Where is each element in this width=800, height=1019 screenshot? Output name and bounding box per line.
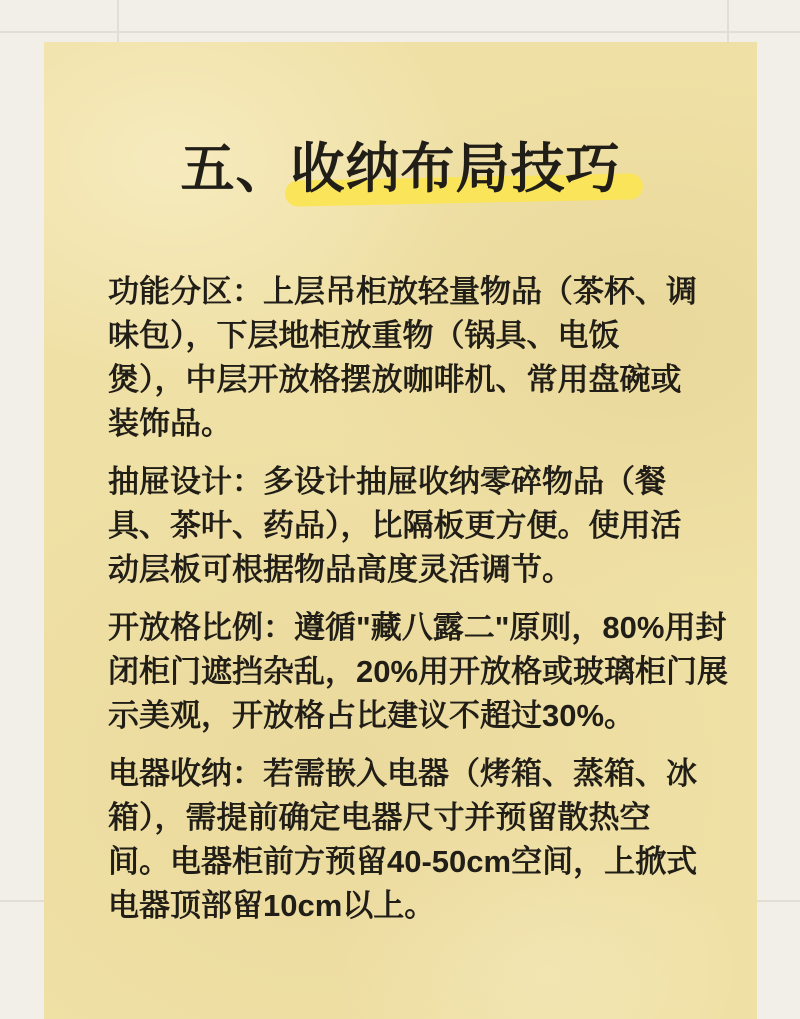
text-line: 电器收纳：若需嵌入电器（烤箱、蒸箱、冰 <box>108 752 721 796</box>
text-line: 开放格比例：遵循"藏八露二"原则，80%用封 <box>108 606 721 650</box>
title-prefix: 五、 <box>181 139 291 199</box>
text-line: 具、茶叶、药品），比隔板更方便。使用活 <box>108 504 721 548</box>
section-appliance-storage: 电器收纳：若需嵌入电器（烤箱、蒸箱、冰 箱），需提前确定电器尺寸并预留散热空 间… <box>108 752 721 928</box>
text-line: 功能分区：上层吊柜放轻量物品（茶杯、调 <box>108 270 721 314</box>
text-line: 煲），中层开放格摆放咖啡机、常用盘碗或 <box>108 358 721 402</box>
title-highlighted-text: 收纳布局技巧 <box>291 139 621 199</box>
text-line: 间。电器柜前方预留40-50cm空间，上掀式 <box>108 840 721 884</box>
text-line: 闭柜门遮挡杂乱，20%用开放格或玻璃柜门展 <box>108 650 721 694</box>
text-line: 装饰品。 <box>108 402 721 446</box>
section-drawer-design: 抽屉设计：多设计抽屉收纳零碎物品（餐 具、茶叶、药品），比隔板更方便。使用活 动… <box>108 460 721 592</box>
body-text: 功能分区：上层吊柜放轻量物品（茶杯、调 味包），下层地柜放重物（锅具、电饭 煲）… <box>108 270 721 942</box>
page-title: 五、收纳布局技巧 <box>44 126 757 203</box>
text-line: 动层板可根据物品高度灵活调节。 <box>108 548 721 592</box>
text-line: 味包），下层地柜放重物（锅具、电饭 <box>108 314 721 358</box>
text-line: 电器顶部留10cm以上。 <box>108 884 721 928</box>
text-line: 抽屉设计：多设计抽屉收纳零碎物品（餐 <box>108 460 721 504</box>
note-card: 五、收纳布局技巧 功能分区：上层吊柜放轻量物品（茶杯、调 味包），下层地柜放重物… <box>44 42 757 1019</box>
section-functional-zoning: 功能分区：上层吊柜放轻量物品（茶杯、调 味包），下层地柜放重物（锅具、电饭 煲）… <box>108 270 721 446</box>
text-line: 箱），需提前确定电器尺寸并预留散热空 <box>108 796 721 840</box>
section-open-shelf-ratio: 开放格比例：遵循"藏八露二"原则，80%用封 闭柜门遮挡杂乱，20%用开放格或玻… <box>108 606 721 738</box>
title-highlighted: 收纳布局技巧 <box>291 126 621 203</box>
tile-grout-line <box>0 31 800 33</box>
text-line: 示美观，开放格占比建议不超过30%。 <box>108 694 721 738</box>
